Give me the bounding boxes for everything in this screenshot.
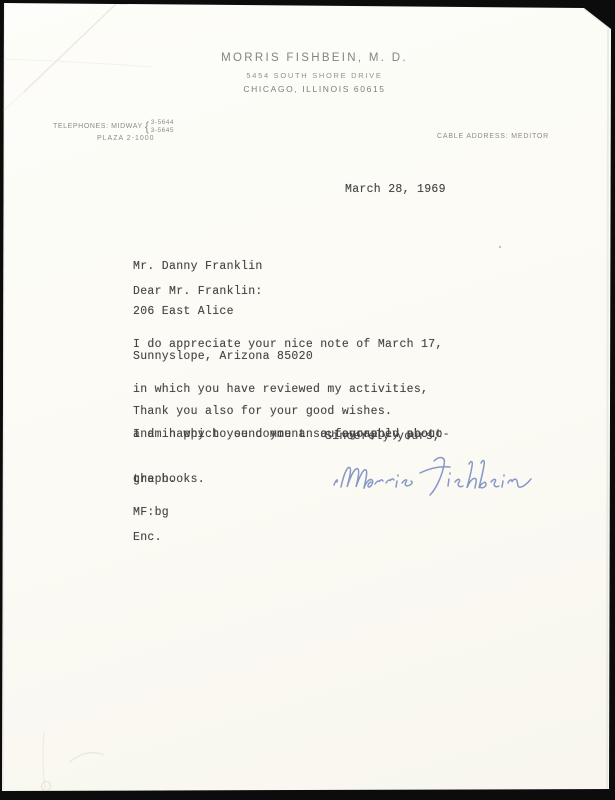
phone-number-3: PLAZA 2-1000 bbox=[97, 135, 174, 142]
letterhead-street: 5454 SOUTH SHORE DRIVE bbox=[14, 71, 615, 80]
cable-address: CABLE ADDRESS: MEDITOR bbox=[437, 133, 549, 140]
letterhead-city: CHICAGO, ILLINOIS 60615 bbox=[14, 84, 615, 94]
enclosure-notation: Enc. bbox=[133, 530, 162, 545]
recipient-name: Mr. Danny Franklin bbox=[133, 259, 313, 274]
telephones-label: TELEPHONES: MIDWAY bbox=[53, 123, 143, 130]
phone-brace-glyph: { bbox=[145, 119, 150, 134]
phone-number-2: 3-5645 bbox=[151, 127, 174, 135]
signature-handwriting bbox=[328, 448, 533, 500]
closing-valediction: Sincerely yours, bbox=[325, 429, 440, 444]
phone-number-1: 3-5644 bbox=[151, 119, 174, 127]
letter-paper: MORRIS FISHBEIN, M. D. 5454 SOUTH SHORE … bbox=[0, 0, 615, 800]
letterhead-telephones: TELEPHONES: MIDWAY { 3-5644 3-5645 PLAZA… bbox=[53, 119, 174, 142]
scanned-letter-photo: MORRIS FISHBEIN, M. D. 5454 SOUTH SHORE … bbox=[0, 0, 615, 800]
reference-initials: MF:bg bbox=[133, 505, 169, 520]
salutation: Dear Mr. Franklin: bbox=[133, 284, 263, 299]
letter-date: March 28, 1969 bbox=[345, 182, 446, 197]
paragraph-line: I do appreciate your nice note of March … bbox=[133, 337, 443, 352]
letterhead-name: MORRIS FISHBEIN, M. D. bbox=[14, 52, 615, 64]
